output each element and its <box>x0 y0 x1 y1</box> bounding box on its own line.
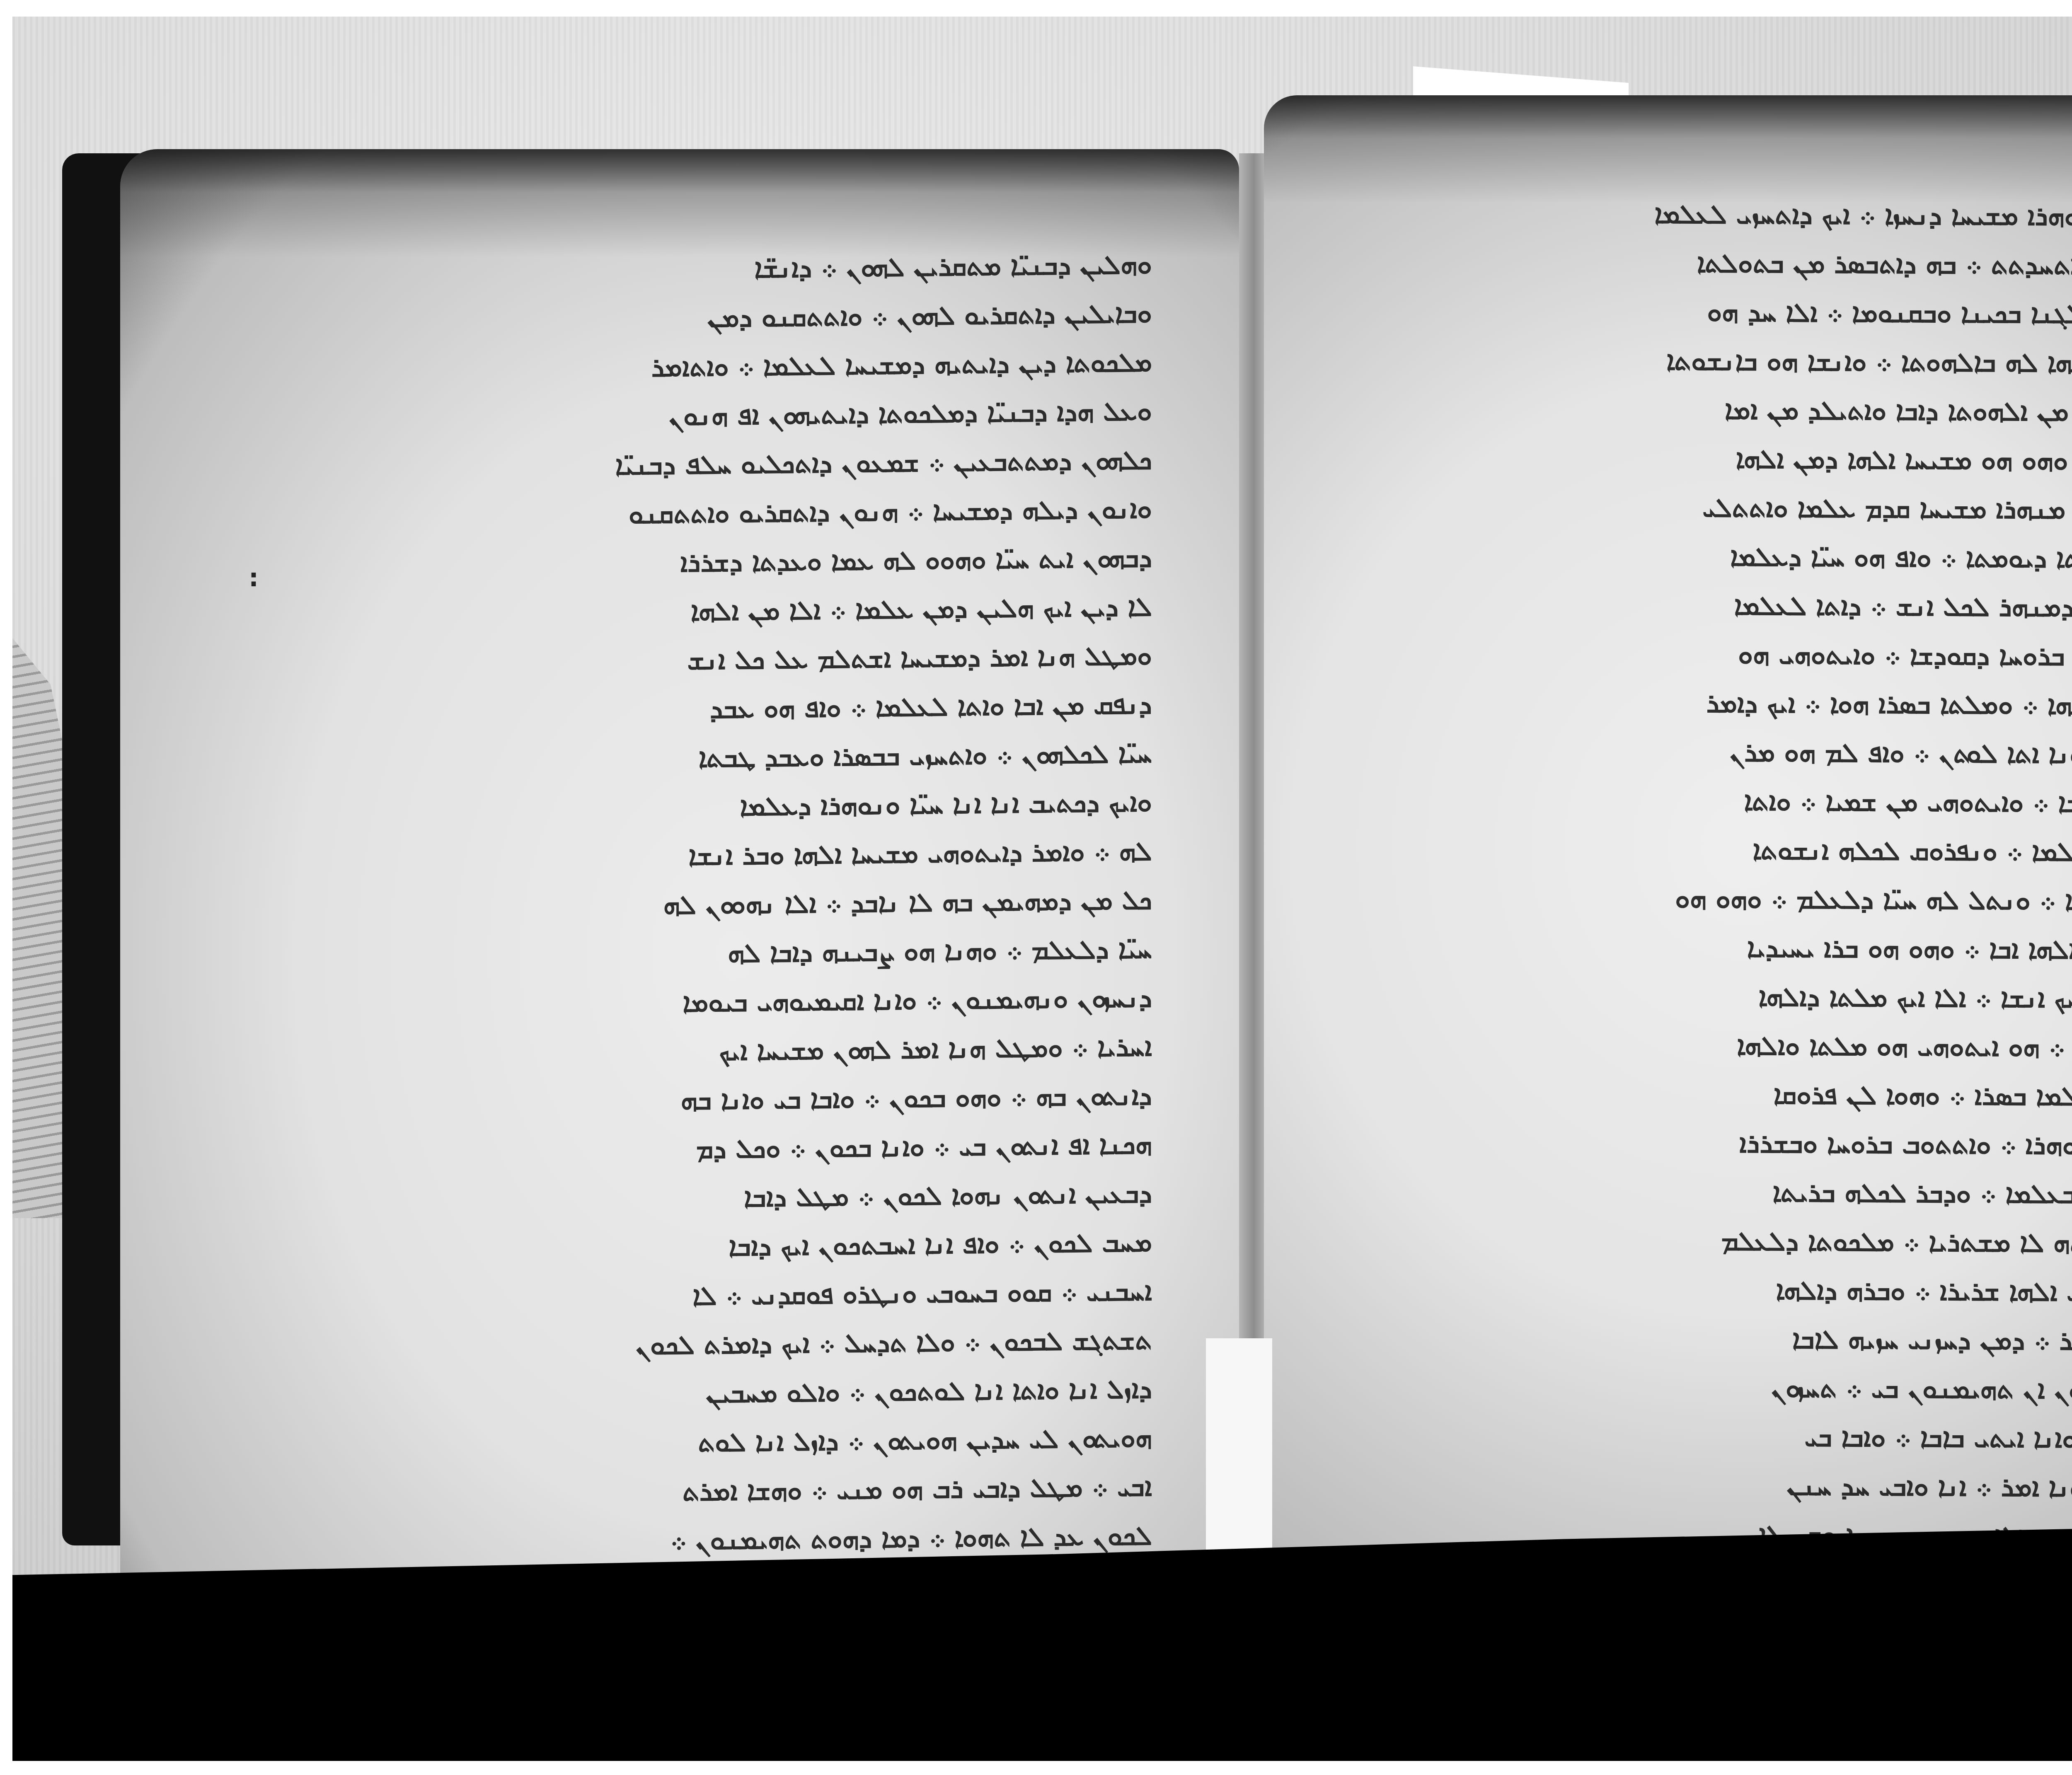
manuscript-line: ܘܐܦ ܐܢܬܘܢ ܐܢ ܬܗܝܡܢܘܢ ܒܝ ܀ ܬܚܙܘܢ <box>1397 1362 2072 1415</box>
manuscript-line: ܕܐܠܗܐ ܢܘܗܪܐ ܡܫܝܚܐ ܕܢܚܙܐ ܀ ܐܝܟ ܕܐܬܚܙܝ ܠܥܠ… <box>1397 189 2072 242</box>
left-page: ܘܗܠܝܢ ܕܒܢܝ̈ܐ ܡܬܩܪܝܢ ܠܗܘܢ ܀ ܕܐܢܫ̈ܐܘܒܐܝܠܝܢ… <box>120 149 1239 1616</box>
manuscript-line: ܕܢܗܪܐ ܀ ܡܢܗܪܐ ܡܫܝܚܐ ܩܕܡ ܥܠܡܐ ܘܐܬܬܠܝ <box>1397 482 2072 535</box>
manuscript-line: ܘܐܬܚܙܝ ܒܥܠܡܐ ܀ ܘܕܒܪ ܠܟܠܗ ܒܪܝܬܐ <box>1397 1166 2072 1219</box>
manuscript-line: ܐܚܒܢܝ ܀ ܩܘܘ ܒܚܘܒܝ ܘܢܛܪܘ ܦܘܩܕܢܝ ܀ ܠܐ <box>365 1267 1152 1324</box>
manuscript-line: ܕܐܬܐ ܠܥܠܡܐ ܒܣܪܐ ܀ ܘܗܘܐ ܠܢ ܦܪܘܩܐ <box>1397 1069 2072 1122</box>
manuscript-line: ܠܐ ܕܝܢ ܐܝܟ ܐܢܫܐ ܀ ܐܠܐ ܐܝܟ ܡܠܬܐ ܕܐܠܗܐ <box>1397 971 2072 1024</box>
manuscript-line: ܕܒܗܘܢ ܐܝܬ ܚܝ̈ܐ ܘܗܘܘ ܠܗ ܥܡܐ ܘܥܕܬܐ ܕܫܪܪܐ <box>365 534 1152 591</box>
manuscript-line: ܟܠܗܘܢ ܕܡܬܬܒܥܝܢ ܀ ܫܡܥܘܢ ܕܐܬܟܠܝܘ ܚܠܦ ܕܒܢܝ̈… <box>365 436 1152 493</box>
manuscript-line: ܡܠܬܐ ܐܠܗܐ ܀ ܘܡܠܬܐ ܒܣܪܐ ܗܘܐ ܀ ܐܝܟ ܕܐܡܪ <box>1397 677 2072 730</box>
right-page: ܢܝ ܕܐܠܗܐ ܢܘܗܪܐ ܡܫܝܚܐ ܕܢܚܙܐ ܀ ܐܝܟ ܕܐܬܚܙܝ … <box>1264 95 2072 1595</box>
manuscript-line: ܡܠܟܘܬܐ ܕܝܢ ܕܐܝܬܝܗ ܕܡܫܝܚܐ ܠܥܠܡܐ ܀ ܘܐܬܐܡܪ <box>365 338 1152 395</box>
manuscript-line: ܘܒܐܝܠܝܢ ܕܐܬܩܪܝܘ ܠܗܘܢ ܀ ܘܐܬܬܩܢܘ ܕܡܢ <box>365 289 1152 346</box>
manuscript-line: ܡܢ ܡܘܬܐ ܀ ܘܢܬܠ ܠܗ ܚܝ̈ܐ ܕܠܥܠܡ ܀ ܘܗܘ ܗܘ <box>1397 873 2072 926</box>
manuscript-line: ܡܚܒ ܠܟܘܢ ܀ ܘܐܦ ܐܢܐ ܐܚܒܬܟܘܢ ܐܝܟ ܕܐܒܐ <box>365 1218 1152 1275</box>
manuscript-line: ܘܚܝ̈ܐ ܘܢܘܗܪܐ ܀ ܘܐܬܬܘܒ ܒܪܘܚܐ ܘܒܫܪܪܐ <box>1397 1117 2072 1170</box>
manuscript-line: ܬܫܬܓܫ ܠܒܟܘܢ ܀ ܘܠܐ ܬܕܚܠ ܀ ܐܝܟ ܕܐܡܪܬ ܠܟܘܢ <box>365 1316 1152 1373</box>
manuscript-line: ܗܟܢܐ ܐܦ ܐܢܬܘܢ ܒܝ ܀ ܘܐܢܐ ܒܟܘܢ ܀ ܘܟܠ ܕܡ <box>365 1120 1152 1178</box>
manuscript-line: ܐܝܟ ܕܐܡܪ ܀ ܗܘ ܐܝܬܘܗܝ ܗܘ ܡܠܬܐ ܘܐܠܗܐ <box>1397 1020 2072 1073</box>
manuscript-line: ܘܐܢܘܢ ܕܝܠܗ ܕܡܫܝܚܐ ܀ ܗܢܘܢ ܕܐܬܩܪܝܘ ܘܐܬܬܩܢܘ <box>365 485 1152 542</box>
manuscript-line: ܡܠܬܐ ܐܠܗܐ ܠܗ ܒܐܠܗܘܬܐ ܀ ܘܐܢܫܐ ܗܘ ܒܐܢܫܘܬܐ <box>1397 335 2072 388</box>
manuscript-line: ܗܘ ܒܪܢܫܐ ܀ ܘܐܝܬܘܗܝ ܡܢ ܫܡܝܐ ܀ ܘܐܬܐ <box>1397 775 2072 828</box>
manuscript-line: ܘܐܝܬܘܗܝ ܐܠܗܐ ܫܪܝܪܐ ܀ ܘܒܪܗ ܕܐܠܗܐ <box>1397 1264 2072 1317</box>
manuscript-line: ܠܐ ܡܬܦܠܓܢܐ ܒܟܝܢܐ ܘܒܩܢܘܡܐ ܀ ܐܠܐ ܚܕ ܗܘ <box>1397 286 2072 339</box>
manuscript-line: ܟܠ ܡܢ ܕܡܗܝܡܢ ܒܗ ܠܐ ܢܐܒܕ ܀ ܐܠܐ ܢܗܘܘܢ ܠܗ <box>365 876 1152 933</box>
manuscript-line: ܕܢܦܩ ܡܢ ܐܒܐ ܘܐܬܐ ܠܥܠܡܐ ܀ ܘܐܦ ܗܘ ܥܒܕ <box>365 680 1152 738</box>
manuscript-line: ܘܡܛܠ ܗܢܐ ܐܡܪ ܕܡܫܝܚܐ ܐܫܬܠܡ ܥܠ ܟܠ ܐܢܫ <box>365 631 1152 689</box>
manuscript-line: ܘܡܛܠ ܗܢܐ ܐܬܐ ܠܘܬܢ ܀ ܘܐܦ ܠܡ ܗܘ ܡܪܢ <box>1397 726 2072 779</box>
right-page-text: ܕܐܠܗܐ ܢܘܗܪܐ ܡܫܝܚܐ ܕܢܚܙܐ ܀ ܐܝܟ ܕܐܬܚܙܝ ܠܥܠ… <box>1397 191 2072 1595</box>
manuscript-line: ܘܥܠ ܗܕܐ ܕܒܢܝ̈ܐ ܕܡܠܟܘܬܐ ܕܐܝܬܝܗܘܢ ܐܦ ܗܢܘܢ <box>365 387 1152 444</box>
manuscript-line: ܕܒܪܝܬܐ ܐܬܚܕܬܬ ܀ ܒܗ ܕܐܬܒܣܪ ܡܢ ܒܬܘܠܬܐ <box>1397 237 2072 290</box>
left-margin-mark: : <box>249 563 259 592</box>
manuscript-line: ܠܢ ܒܚܪܬܐ ܕܝܘܡܬܐ ܀ ܘܐܦ ܗܘ ܚܝ̈ܐ ܕܥܠܡܐ <box>1397 531 2072 584</box>
manuscript-line: ܘܗܠܝܢ ܕܒܢܝ̈ܐ ܡܬܩܪܝܢ ܠܗܘܢ ܀ ܕܐܢܫ̈ܐ <box>365 240 1152 297</box>
manuscript-line: ܘܡܠܟܘܬܗ ܠܐ ܡܫܬܪܝܐ ܀ ܡܠܟܘܬܐ ܕܠܥܠܡ <box>1397 1215 2072 1268</box>
manuscript-line: ܐܒܝ ܀ ܡܛܠ ܕܐܒܝ ܪܒ ܗܘ ܡܢܝ ܀ ܘܗܫܐ ܐܡܪܬ <box>365 1463 1152 1520</box>
manuscript-line: ܘܐܝܟ ܕܟܬܝܒ ܐܢܐ ܐܢܐ ܚܝ̈ܐ ܘܢܘܗܪܐ ܕܥܠܡܐ <box>365 778 1152 835</box>
manuscript-line: ܘܐܝܟ ܕܐܡܪ ܀ ܕܡܢ ܕܚܙܢܝ ܚܙܝܗ ܠܐܒܐ <box>1397 1313 2072 1366</box>
manuscript-line: ܚܝ̈ܐ ܠܟܠܗܘܢ ܀ ܘܐܬܚܙܝ ܒܒܣܪܐ ܘܥܒܕ ܛܒܬܐ <box>365 729 1152 786</box>
manuscript-line: ܠܗ ܀ ܘܐܡܪ ܕܐܝܬܘܗܝ ܡܫܝܚܐ ܐܠܗܐ ܘܒܪ ܐܢܫܐ <box>365 827 1152 884</box>
left-page-top-shade <box>120 149 1239 257</box>
manuscript-photograph: ܘܗܠܝܢ ܕܒܢܝ̈ܐ ܡܬܩܪܝܢ ܠܗܘܢ ܀ ܕܐܢܫ̈ܐܘܒܐܝܠܝܢ… <box>12 17 2072 1761</box>
manuscript-line: ܒܟܝܢܐ ܀ ܘܗܘ ܗܘ ܡܫܝܚܐ ܐܠܗܐ ܕܡܢ ܐܠܗܐ <box>1397 433 2072 486</box>
manuscript-line: ܐܝܟ ܕܐܡܪ ܒܪܘܚܐ ܕܩܘܕܫܐ ܀ ܘܐܝܬܘܗܝ ܗܘ <box>1397 629 2072 682</box>
manuscript-line: ܕܒܥܝܢ ܐܢܬܘܢ ܢܗܘܐ ܠܟܘܢ ܀ ܡܛܠ ܕܐܒܐ <box>365 1169 1152 1226</box>
manuscript-line: ܐܚܪܝܐ ܀ ܘܡܛܠ ܗܢܐ ܐܡܪ ܠܗܘܢ ܡܫܝܚܐ ܐܝܟ <box>365 1023 1152 1080</box>
left-page-text: ܘܗܠܝܢ ܕܒܢܝ̈ܐ ܡܬܩܪܝܢ ܠܗܘܢ ܀ ܕܐܢܫ̈ܐܘܒܐܝܠܝܢ… <box>365 244 1152 1613</box>
manuscript-line: ܘܢܘܗܪܐ ܕܡܢܗܪ ܠܟܠ ܐܢܫ ܀ ܕܐܬܐ ܠܥܠܡܐ <box>1397 580 2072 633</box>
right-page-top-shade <box>1264 95 2072 203</box>
manuscript-line: ܕܐܬܢܣܒ ܡܢ ܐܠܗܘܬܐ ܕܐܒܐ ܘܐܬܝܠܕ ܡܢ ܐܡܐ <box>1397 384 2072 437</box>
manuscript-line: ܕܐܙܠ ܐܢܐ ܘܐܬܐ ܐܢܐ ܠܘܬܟܘܢ ܀ ܘܐܠܘ ܡܚܒܝܢ <box>365 1365 1152 1422</box>
manuscript-line: ܠܐ ܕܝܢ ܐܝܟ ܗܠܝܢ ܕܡܢ ܥܠܡܐ ܀ ܐܠܐ ܡܢ ܐܠܗܐ <box>365 583 1152 640</box>
manuscript-line: ܕܐܢܬܘܢ ܒܗ ܀ ܘܗܘ ܒܟܘܢ ܀ ܘܐܒܐ ܒܝ ܘܐܢܐ ܒܗ <box>365 1071 1152 1129</box>
manuscript-line: ܕܢܚܐ ܠܥܠܡܐ ܀ ܘܢܦܪܘܩ ܠܟܠܗ ܐܢܫܘܬܐ <box>1397 824 2072 877</box>
manuscript-line: ܕܢܚܙܘܢ ܘܢܗܝܡܢܘܢ ܀ ܘܐܢܐ ܐܩܝܡܝܘܗܝ ܒܝܘܡܐ <box>365 974 1152 1031</box>
manuscript-line: ܗܘܝܬܘܢ ܠܝ ܚܕܝܢ ܗܘܝܬܘܢ ܀ ܕܐܙܠ ܐܢܐ ܠܘܬ <box>365 1414 1152 1471</box>
manuscript-line: ܚܝ̈ܐ ܕܠܥܠܡ ܀ ܘܗܢܐ ܗܘ ܨܒܝܢܗ ܕܐܒܐ ܠܗ <box>365 925 1152 982</box>
manuscript-line: ܕܢܚܘܐ ܕܐܠܗܐ ܐܒܐ ܀ ܘܗܘ ܗܘ ܒܪܐ ܝܚܝܕܝܐ <box>1397 922 2072 975</box>
manuscript-line: ܠܐܒܝ ܀ ܘܐܢܐ ܐܝܬܝ ܒܐܒܐ ܀ ܘܐܒܐ ܒܝ <box>1397 1411 2072 1464</box>
manuscript-line: ܘܡܛܠ ܗܢܐ ܐܡܪ ܀ ܐܢܐ ܘܐܒܝ ܚܕ ܚܢܢ <box>1397 1460 2072 1513</box>
